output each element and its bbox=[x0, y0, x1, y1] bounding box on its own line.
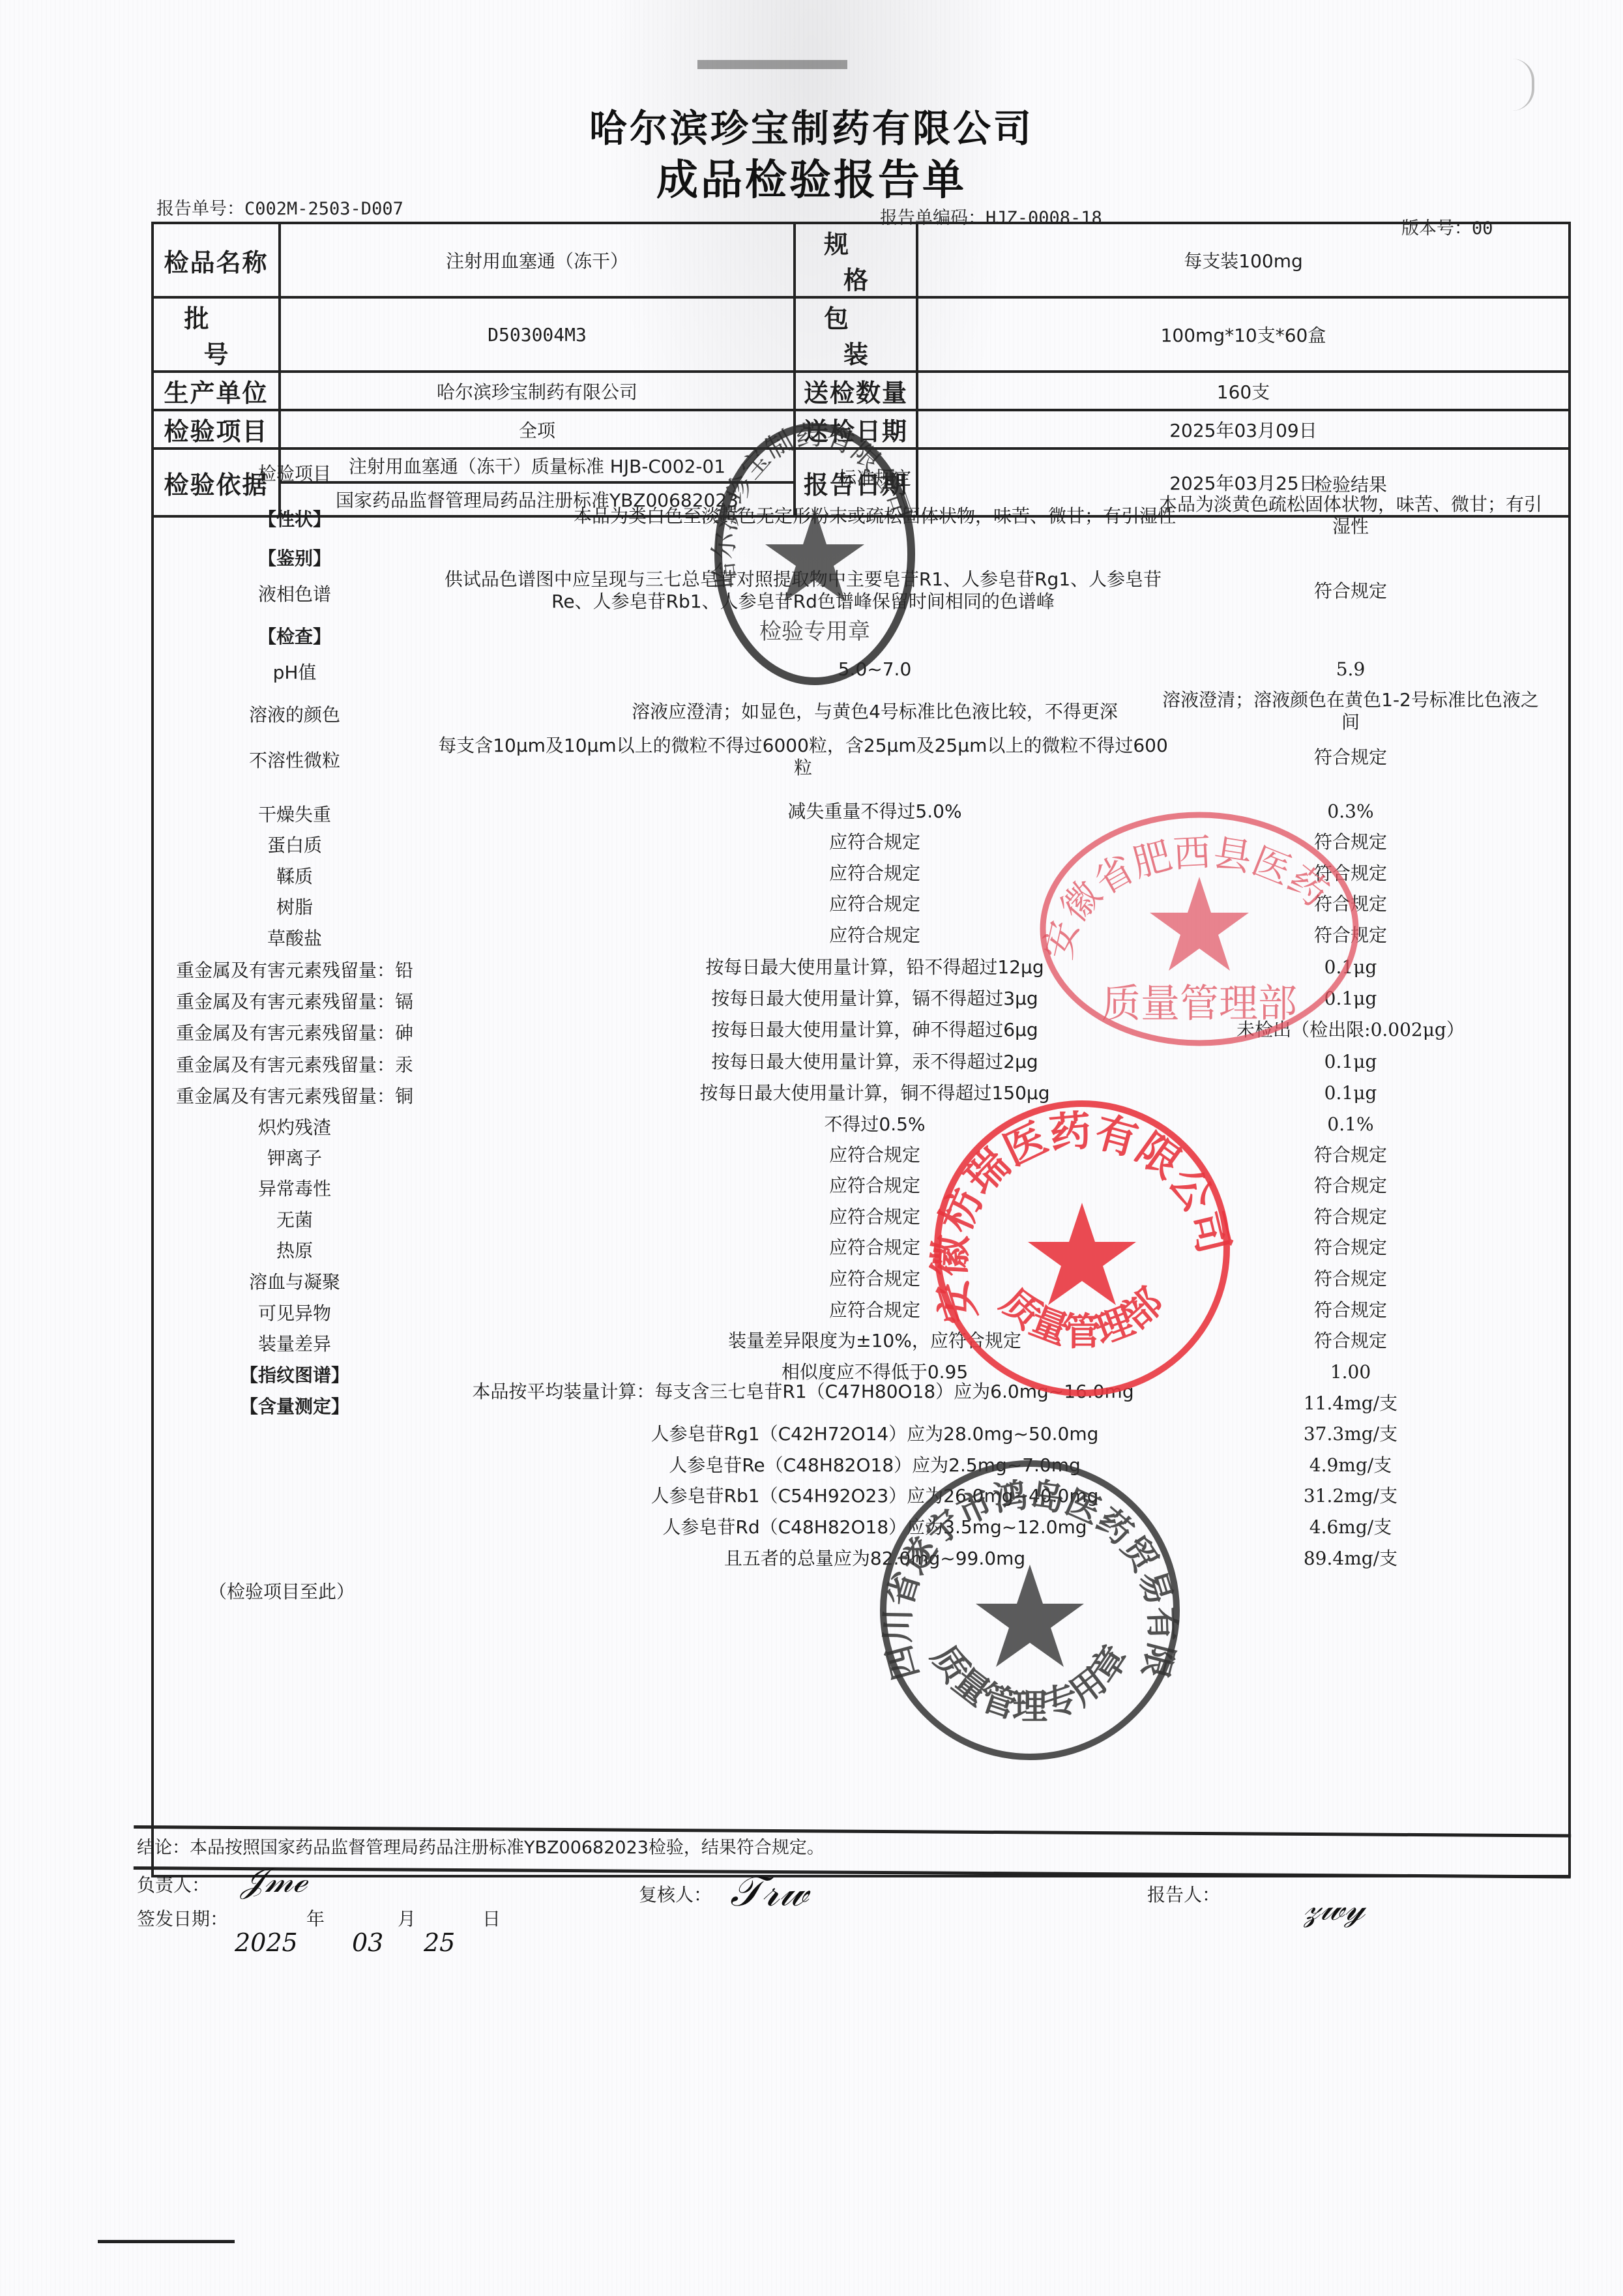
test-item: 重金属及有害元素残留量：砷 bbox=[151, 1019, 438, 1045]
test-result: 符合规定 bbox=[1155, 1144, 1546, 1166]
quantity-label: 送检数量 bbox=[795, 372, 917, 410]
test-item: 【检查】 bbox=[151, 623, 438, 649]
conclusion-text: 结论：本品按照国家药品监督管理局药品注册标准YBZ00682023检验，结果符合… bbox=[137, 1833, 825, 1859]
test-result: 0.3% bbox=[1155, 801, 1546, 823]
test-result: 0.1μg bbox=[1155, 1082, 1546, 1104]
test-item: 【含量测定】 bbox=[151, 1392, 438, 1419]
test-item: 干燥失重 bbox=[151, 801, 438, 827]
test-result: 本品为淡黄色疏松固体状物，味苦、微甘；有引湿性 bbox=[1155, 493, 1546, 538]
reviewer-signature: 𝒯𝓇𝓌 bbox=[730, 1868, 808, 1916]
test-item: 装量差异 bbox=[151, 1330, 438, 1356]
test-scope-label: 检验项目 bbox=[153, 410, 280, 449]
company-title: 哈尔滨珍宝制药有限公司 bbox=[0, 98, 1623, 153]
test-standard: 每支含10μm及10μm以上的微粒不得过6000粒，含25μm及25μm以上的微… bbox=[438, 735, 1168, 779]
test-result: 符合规定 bbox=[1155, 746, 1546, 769]
test-result: 符合规定 bbox=[1155, 1268, 1546, 1290]
column-header-item: 检验项目 bbox=[151, 460, 438, 486]
test-item: 【性状】 bbox=[151, 505, 438, 531]
test-result: 符合规定 bbox=[1155, 862, 1546, 885]
issue-month-handwritten: 03 bbox=[352, 1928, 383, 1957]
test-result: 0.1μg bbox=[1155, 1051, 1546, 1073]
issue-date-label: 签发日期： bbox=[137, 1905, 228, 1931]
end-of-tests-note: （检验项目至此） bbox=[209, 1578, 355, 1604]
package-value: 100mg*10支*60盒 bbox=[917, 297, 1570, 372]
batch-value: D503004M3 bbox=[280, 297, 795, 372]
test-result: 符合规定 bbox=[1155, 580, 1546, 602]
test-result: 4.6mg/支 bbox=[1155, 1516, 1546, 1538]
test-item: 重金属及有害元素残留量：汞 bbox=[151, 1051, 438, 1077]
test-item: 重金属及有害元素残留量：镉 bbox=[151, 988, 438, 1014]
reporter-signature: 𝓏𝓌𝓎 bbox=[1304, 1887, 1365, 1929]
test-item: pH值 bbox=[151, 658, 438, 684]
package-label: 包装 bbox=[795, 297, 917, 372]
test-item: 【指纹图谱】 bbox=[151, 1361, 438, 1387]
test-result: 89.4mg/支 bbox=[1155, 1548, 1546, 1570]
spec-value: 每支装100mg bbox=[917, 223, 1570, 297]
spec-label: 规格 bbox=[795, 223, 917, 297]
test-item: 草酸盐 bbox=[151, 924, 438, 950]
manufacturer-value: 哈尔滨珍宝制药有限公司 bbox=[280, 372, 795, 410]
test-item: 异常毒性 bbox=[151, 1175, 438, 1201]
test-result: 符合规定 bbox=[1155, 1237, 1546, 1259]
test-scope-value: 全项 bbox=[280, 410, 795, 449]
test-item: 重金属及有害元素残留量：铜 bbox=[151, 1082, 438, 1108]
report-number-label: 报告单号： bbox=[156, 199, 244, 219]
test-result: 符合规定 bbox=[1155, 831, 1546, 853]
test-result: 符合规定 bbox=[1155, 924, 1546, 947]
test-item: 不溶性微粒 bbox=[151, 746, 438, 773]
test-item: 无菌 bbox=[151, 1206, 438, 1232]
scan-artifact bbox=[98, 2240, 235, 2243]
product-name-label: 检品名称 bbox=[153, 223, 280, 297]
responsible-signature: 𝒥𝓂ℯ bbox=[241, 1861, 306, 1901]
test-item: 鞣质 bbox=[151, 862, 438, 889]
test-item: 重金属及有害元素残留量：铅 bbox=[151, 956, 438, 982]
test-standard: 本品按平均装量计算：每支含三七皂苷R1（C47H80O18）应为6.0mg~16… bbox=[438, 1381, 1168, 1403]
test-result: 5.9 bbox=[1155, 658, 1546, 681]
test-result: 未检出（检出限:0.002μg） bbox=[1155, 1019, 1546, 1041]
responsible-label: 负责人： bbox=[137, 1871, 210, 1897]
test-item: 热原 bbox=[151, 1237, 438, 1263]
test-result: 11.4mg/支 bbox=[1155, 1392, 1546, 1415]
test-result: 31.2mg/支 bbox=[1155, 1485, 1546, 1507]
day-label: 日 bbox=[482, 1905, 501, 1931]
test-item: 树脂 bbox=[151, 893, 438, 919]
year-label: 年 bbox=[306, 1905, 325, 1931]
test-result: 符合规定 bbox=[1155, 1206, 1546, 1228]
test-result: 0.1% bbox=[1155, 1113, 1546, 1136]
test-result: 符合规定 bbox=[1155, 1299, 1546, 1321]
scan-artifact bbox=[697, 60, 847, 69]
issue-day-handwritten: 25 bbox=[424, 1928, 455, 1957]
submit-date-value: 2025年03月09日 bbox=[917, 410, 1570, 449]
test-result: 符合规定 bbox=[1155, 893, 1546, 915]
month-label: 月 bbox=[398, 1905, 416, 1931]
report-number: 报告单号：C002M-2503-D007 bbox=[156, 194, 403, 220]
issue-year-handwritten: 2025 bbox=[235, 1928, 298, 1957]
test-result: 37.3mg/支 bbox=[1155, 1423, 1546, 1445]
column-header-result: 检验结果 bbox=[1155, 474, 1546, 496]
batch-label: 批号 bbox=[153, 297, 280, 372]
test-item: 炽灼残渣 bbox=[151, 1113, 438, 1140]
quantity-value: 160支 bbox=[917, 372, 1570, 410]
test-item: 可见异物 bbox=[151, 1299, 438, 1325]
submit-date-label: 送检日期 bbox=[795, 410, 917, 449]
report-number-value: C002M-2503-D007 bbox=[244, 199, 403, 219]
test-item: 溶液的颜色 bbox=[151, 701, 438, 727]
manufacturer-label: 生产单位 bbox=[153, 372, 280, 410]
test-result: 0.1μg bbox=[1155, 956, 1546, 979]
test-item: 液相色谱 bbox=[151, 580, 438, 606]
test-item: 钾离子 bbox=[151, 1144, 438, 1170]
test-item: 【鉴别】 bbox=[151, 544, 438, 570]
test-result: 符合规定 bbox=[1155, 1175, 1546, 1197]
reporter-label: 报告人： bbox=[1147, 1881, 1220, 1907]
test-item: 溶血与凝聚 bbox=[151, 1268, 438, 1294]
test-result: 1.00 bbox=[1155, 1361, 1546, 1383]
test-result: 溶液澄清；溶液颜色在黄色1-2号标准比色液之间 bbox=[1155, 689, 1546, 733]
test-result: 符合规定 bbox=[1155, 1330, 1546, 1352]
reviewer-label: 复核人： bbox=[639, 1881, 712, 1907]
product-name-value: 注射用血塞通（冻干） bbox=[280, 223, 795, 297]
test-standard: 供试品色谱图中应呈现与三七总皂苷对照提取物中主要皂苷R1、人参皂苷Rg1、人参皂… bbox=[438, 568, 1168, 613]
test-result: 4.9mg/支 bbox=[1155, 1454, 1546, 1477]
test-result: 0.1μg bbox=[1155, 988, 1546, 1010]
test-item: 蛋白质 bbox=[151, 831, 438, 857]
